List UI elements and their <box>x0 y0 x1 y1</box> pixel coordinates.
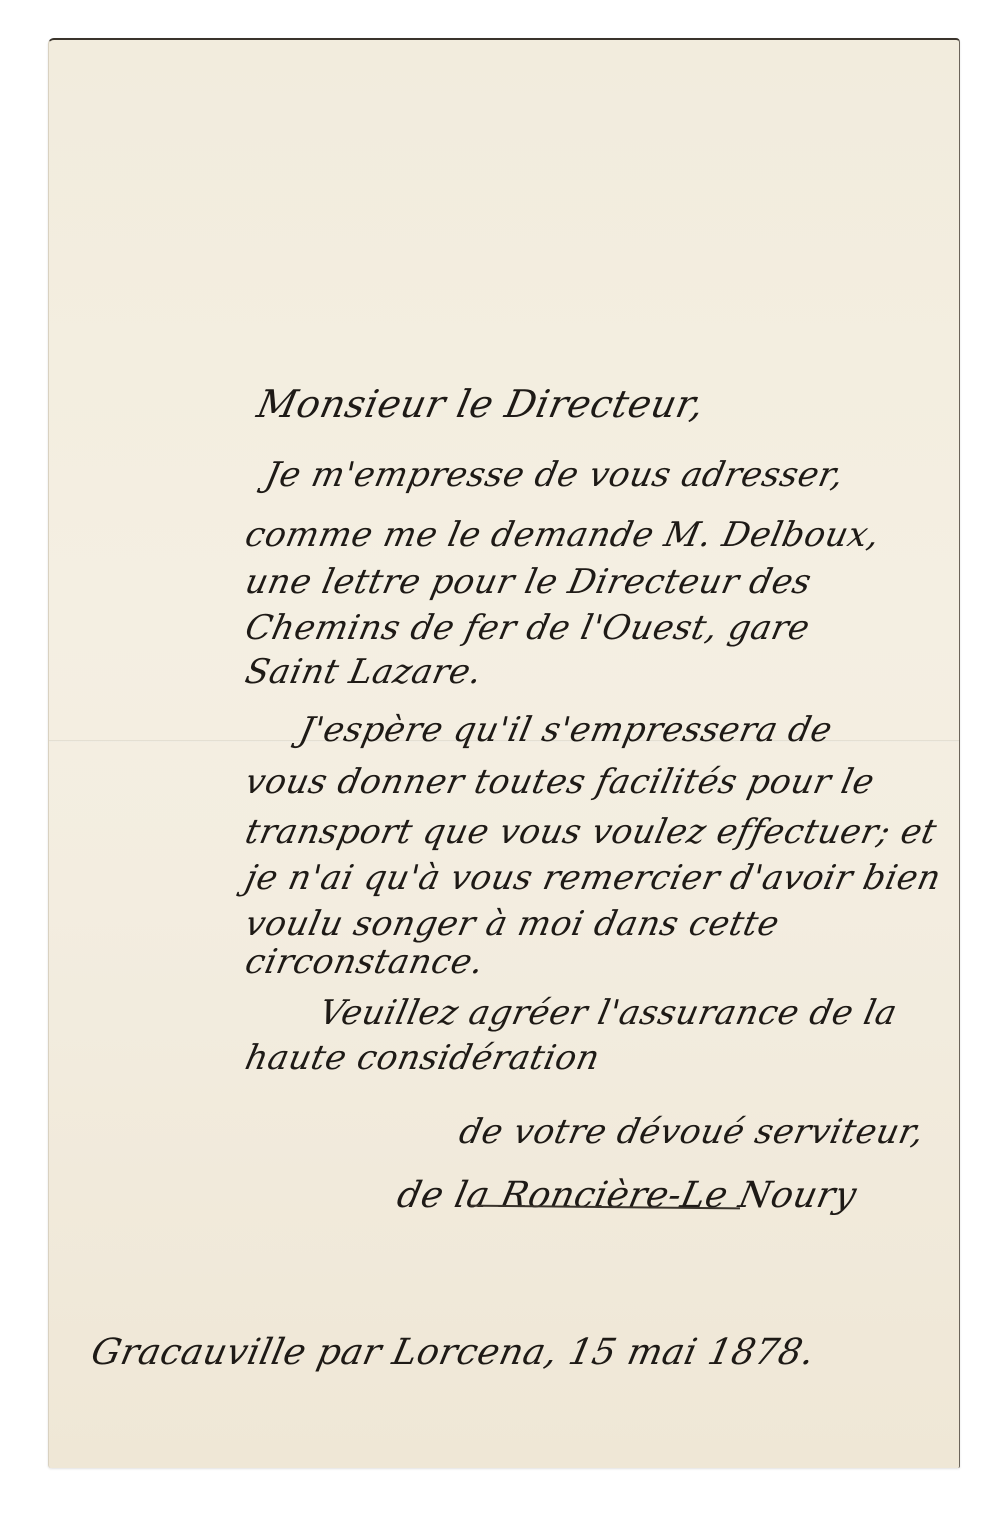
letter-signature: de la Roncière-Le Noury <box>394 1175 861 1216</box>
body-line: je n'ai qu'à vous remercier d'avoir bien <box>242 858 945 898</box>
body-line: J'espère qu'il s'empressera de <box>296 710 836 750</box>
body-line: Chemins de fer de l'Ouest, gare <box>242 608 814 648</box>
body-line: comme me le demande M. Delboux, <box>242 515 884 555</box>
letter-paper <box>48 38 960 1468</box>
body-line: une lettre pour le Directeur des <box>242 562 815 602</box>
body-line: voulu songer à moi dans cette <box>242 904 783 944</box>
body-line: circonstance. <box>242 942 488 982</box>
body-line: transport que vous voulez effectuer; et <box>242 812 941 852</box>
letter-salutation: Monsieur le Directeur, <box>253 382 708 426</box>
place-and-date: Gracauville par Lorcena, 15 mai 1878. <box>88 1332 819 1373</box>
body-line: Saint Lazare. <box>242 652 486 692</box>
body-line: vous donner toutes facilités pour le <box>242 762 878 802</box>
letter-closing: de votre dévoué serviteur, <box>456 1112 928 1152</box>
body-line: Veuillez agréer l'assurance de la <box>316 993 901 1033</box>
body-line: haute considération <box>242 1038 604 1078</box>
body-line: Je m'empresse de vous adresser, <box>262 455 848 495</box>
